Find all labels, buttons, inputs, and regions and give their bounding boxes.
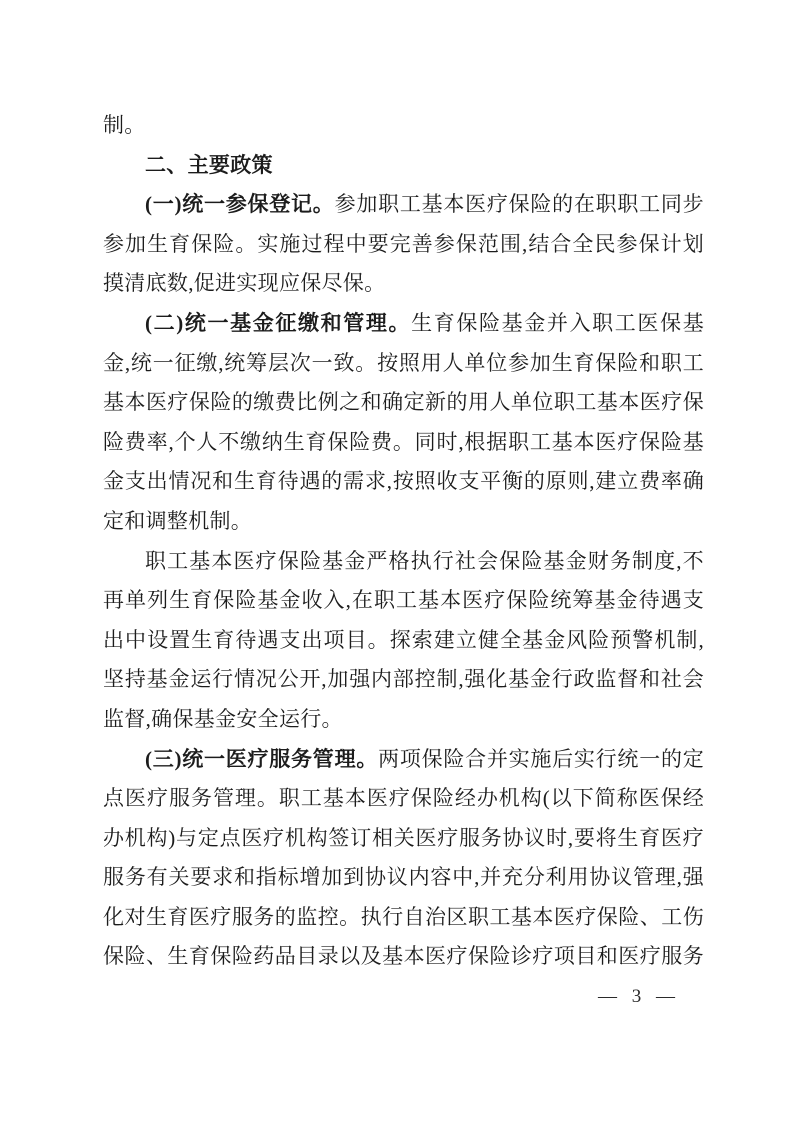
document-page: 制。 二、主要政策 (一)统一参保登记。参加职工基本医疗保险的在职职工同步 参加… [0,0,793,1122]
line-text: 定和调整机制。 [103,509,252,533]
heading-text: 二、主要政策 [145,153,273,177]
section-heading: 二、主要政策 [103,146,704,186]
text-line: 金,统一征缴,统筹层次一致。按照用人单位参加生育保险和职工 [103,344,704,384]
text-line: 保险、生育保险药品目录以及基本医疗保险诊疗项目和医疗服务 [103,937,704,977]
text-line: (一)统一参保登记。参加职工基本医疗保险的在职职工同步 [103,185,704,225]
line-text: 两项保险合并实施后实行统一的定 [378,747,704,771]
line-text: 参加职工基本医疗保险的在职职工同步 [335,192,704,216]
text-line: 服务有关要求和指标增加到协议内容中,并充分利用协议管理,强 [103,858,704,898]
text-line: 职工基本医疗保险基金严格执行社会保险基金财务制度,不 [103,542,704,582]
text-line: 办机构)与定点医疗机构签订相关医疗服务协议时,要将生育医疗 [103,819,704,859]
line-text: 点医疗服务管理。职工基本医疗保险经办机构(以下简称医保经 [103,786,704,810]
line-text: 金,统一征缴,统筹层次一致。按照用人单位参加生育保险和职工 [103,351,704,375]
line-text: 制。 [103,113,146,137]
line-text: 保险、生育保险药品目录以及基本医疗保险诊疗项目和医疗服务 [103,944,704,968]
text-line: 参加生育保险。实施过程中要完善参保范围,结合全民参保计划 [103,225,704,265]
text-line: 再单列生育保险基金收入,在职工基本医疗保险统筹基金待遇支 [103,581,704,621]
text-line: (三)统一医疗服务管理。两项保险合并实施后实行统一的定 [103,740,704,780]
line-text: 职工基本医疗保险基金严格执行社会保险基金财务制度,不 [145,549,704,573]
text-line: 摸清底数,促进实现应保尽保。 [103,264,704,304]
text-line: 出中设置生育待遇支出项目。探索建立健全基金风险预警机制, [103,621,704,661]
line-text: 化对生育医疗服务的监控。执行自治区职工基本医疗保险、工伤 [103,905,704,929]
line-text: 监督,确保基金安全运行。 [103,707,343,731]
line-text: 险费率,个人不缴纳生育保险费。同时,根据职工基本医疗保险基 [103,430,704,454]
document-body: 制。 二、主要政策 (一)统一参保登记。参加职工基本医疗保险的在职职工同步 参加… [103,106,704,1017]
text-line: (二)统一基金征缴和管理。生育保险基金并入职工医保基 [103,304,704,344]
line-text: 生育保险基金并入职工医保基 [411,311,704,335]
line-text: 摸清底数,促进实现应保尽保。 [103,271,385,295]
line-text: 出中设置生育待遇支出项目。探索建立健全基金风险预警机制, [103,628,704,652]
line-text: 金支出情况和生育待遇的需求,按照收支平衡的原则,建立费率确 [103,469,704,493]
line-lead: (一)统一参保登记。 [145,192,335,216]
text-line: 险费率,个人不缴纳生育保险费。同时,根据职工基本医疗保险基 [103,423,704,463]
line-text: 参加生育保险。实施过程中要完善参保范围,结合全民参保计划 [103,232,704,256]
line-lead: (三)统一医疗服务管理。 [145,747,378,771]
line-lead: (二)统一基金征缴和管理。 [145,311,411,335]
text-line: 基本医疗保险的缴费比例之和确定新的用人单位职工基本医疗保 [103,383,704,423]
text-line: 金支出情况和生育待遇的需求,按照收支平衡的原则,建立费率确 [103,462,704,502]
line-text: 坚持基金运行情况公开,加强内部控制,强化基金行政监督和社会 [103,667,704,691]
text-line: 监督,确保基金安全运行。 [103,700,704,740]
text-line: 坚持基金运行情况公开,加强内部控制,强化基金行政监督和社会 [103,660,704,700]
text-line: 定和调整机制。 [103,502,704,542]
text-line: 化对生育医疗服务的监控。执行自治区职工基本医疗保险、工伤 [103,898,704,938]
text-line: 制。 [103,106,704,146]
line-text: 再单列生育保险基金收入,在职工基本医疗保险统筹基金待遇支 [103,588,704,612]
line-text: 服务有关要求和指标增加到协议内容中,并充分利用协议管理,强 [103,865,704,889]
line-text: 基本医疗保险的缴费比例之和确定新的用人单位职工基本医疗保 [103,390,704,414]
text-line: 点医疗服务管理。职工基本医疗保险经办机构(以下简称医保经 [103,779,704,819]
page-number: — 3 — [103,977,704,1017]
line-text: 办机构)与定点医疗机构签订相关医疗服务协议时,要将生育医疗 [103,826,704,850]
